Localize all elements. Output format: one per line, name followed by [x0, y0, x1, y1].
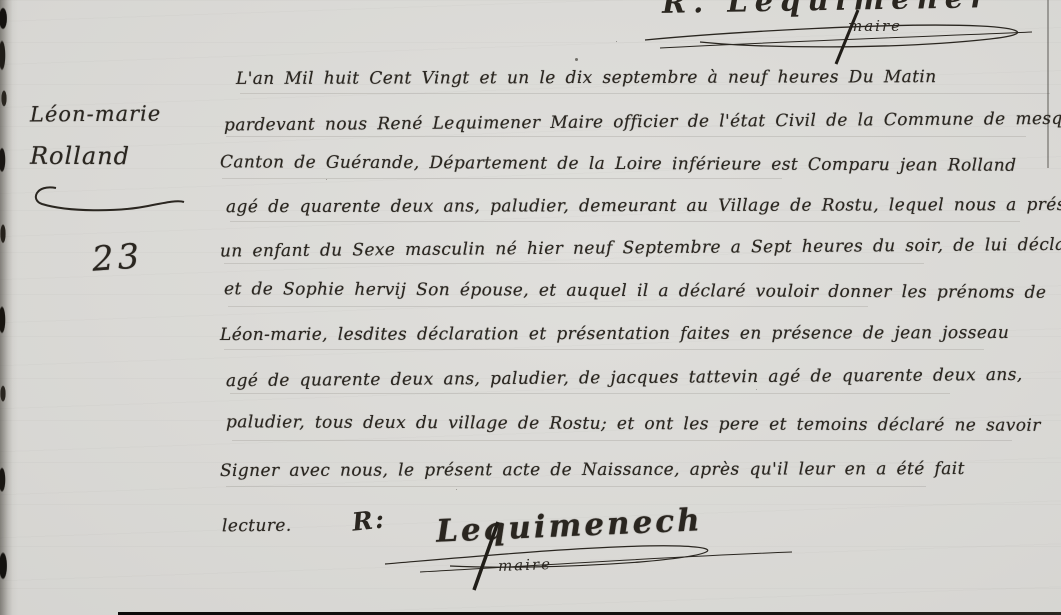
- book-binding-edge: [0, 0, 18, 615]
- margin-entry-number: 23: [91, 236, 145, 279]
- act-text-line: Léon-marie, lesdites déclaration et prés…: [220, 323, 1009, 345]
- ruled-line: [224, 349, 984, 350]
- header-signature-title: maire: [848, 17, 902, 35]
- ruled-line: [228, 306, 868, 307]
- act-text-line: agé de quarente deux ans, paludier, deme…: [226, 195, 1061, 217]
- act-text-line: agé de quarente deux ans, paludier, de j…: [226, 365, 1023, 391]
- act-text-line: et de Sophie hervij Son épouse, et auque…: [224, 279, 1046, 303]
- closing-signature-flourish: [380, 536, 800, 592]
- closing-signature-title: maire: [498, 555, 553, 575]
- ruled-line: [222, 178, 782, 179]
- act-text-line: pardevant nous René Lequimener Maire off…: [224, 109, 1061, 136]
- margin-child-firstname: Léon-marie: [30, 101, 161, 126]
- ruled-line: [230, 393, 950, 394]
- act-text-line: Signer avec nous, le présent acte de Nai…: [220, 459, 965, 481]
- act-text-line: L'an Mil huit Cent Vingt et un le dix se…: [236, 67, 937, 89]
- ruled-line: [226, 136, 1026, 137]
- closing-signature-initial: R:: [351, 504, 388, 536]
- signature-flourish: [640, 8, 1050, 68]
- ruled-line: [240, 93, 1050, 94]
- register-page-scan: R. Lequimener maire Léon-marie Rolland 2…: [0, 0, 1061, 615]
- act-text-line: Canton de Guérande, Département de la Lo…: [220, 152, 1017, 175]
- act-text-line: lecture.: [222, 516, 292, 537]
- act-text-line: paludier, tous deux du village de Rostu;…: [226, 412, 1041, 436]
- ruled-line: [230, 221, 1020, 222]
- ruled-line: [224, 263, 924, 264]
- ruled-line: [232, 440, 1012, 441]
- margin-flourish: [28, 182, 188, 216]
- act-text-line: un enfant du Sexe masculin né hier neuf …: [220, 235, 1061, 262]
- margin-child-surname: Rolland: [30, 142, 130, 170]
- ruled-line: [226, 486, 926, 487]
- ink-speck: [575, 58, 578, 61]
